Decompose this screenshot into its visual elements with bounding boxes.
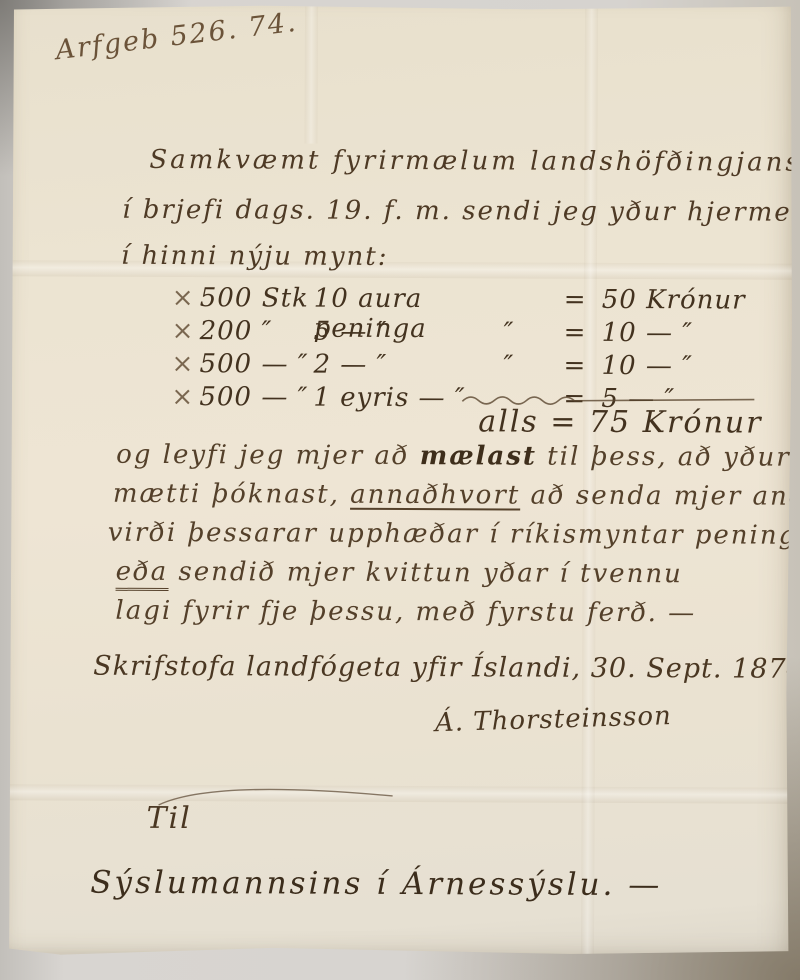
underlined-word: annaðhvort [350,480,520,511]
equals-sign: = [564,318,602,351]
body-line: virði þessarar upphæðar í ríkismyntar pe… [108,518,800,551]
recipient-line: Sýslumannsins í Árnessýslu. — [90,865,662,903]
total-value: 75 Krónur [589,405,763,441]
text-segment: lagi fyrir fje þessu, með fyrstu ferð. — [115,596,696,629]
check-mark: × [171,349,199,382]
archive-note: Arfgeb 526. 74. [54,7,299,66]
signature: Á. Thorsteinsson [435,701,673,738]
emphasized-word: mælast [420,441,537,472]
fold-crease-horizontal-bottom [7,784,791,803]
body-line: eða sendið mjer kvittun yðar í tvennu [116,557,683,589]
text-segment: til þess, að yður [537,442,791,473]
text-segment: virði þessarar upphæðar í ríkismyntar pe… [108,518,800,551]
ditto-mark: ″ [504,317,564,350]
amount-qty: 500 [199,349,261,382]
amount-denomination: 2 — ″ [313,350,503,384]
fold-crease-vertical-top [304,4,318,144]
total-line: alls = 75 Krónur [478,404,762,440]
amount-qty: 200 [200,316,262,349]
body-line: í brjefi dags. 19. f. m. sendi jeg yður … [122,195,800,228]
text-segment: sendið mjer kvittun yðar í tvennu [168,557,683,589]
text-segment: mætti þóknast, [113,479,350,510]
amount-row: × 200 ″ 5 — ″ ″ = 10 — ″ [172,316,782,352]
amount-unit: ″ [262,316,314,349]
check-mark: × [172,316,200,349]
amount-row: × 500 Stk 10 aura peninga = 50 Krónur [172,283,782,319]
dateline: Skrifstofa landfógeta yfir Íslandi, 30. … [93,651,800,685]
body-line: mætti þóknast, annaðhvort að senda mjer … [113,479,800,512]
amount-unit: — ″ [261,349,313,382]
equals-sign: = [563,351,601,384]
letter-page: Arfgeb 526. 74. Samkvæmt fyrirmælum land… [6,2,794,959]
amount-denomination: 5 — ″ [314,317,504,351]
check-mark: × [171,382,199,415]
amount-value: 10 — ″ [601,351,781,385]
underlined-word: eða [116,557,169,591]
text-segment: og leyfi jeg mjer að [116,440,420,471]
amount-value: 10 — ″ [602,318,782,352]
pen-flourish [157,785,397,810]
body-line: lagi fyrir fje þessu, með fyrstu ferð. — [115,596,696,629]
body-line: og leyfi jeg mjer að mælast til þess, að… [116,440,791,473]
amount-unit: — ″ [261,382,313,415]
amount-row: × 500 — ″ 2 — ″ ″ = 10 — ″ [171,349,781,385]
ditto-mark: ″ [503,350,563,383]
total-label: alls [478,404,539,439]
equals-sign: = [550,405,577,440]
body-line: í hinni nýju mynt: [121,241,389,272]
text-segment: að senda mjer and- [520,481,800,512]
salutation: Til [146,801,191,836]
body-line: Samkvæmt fyrirmælum landshöfðingjans [149,145,800,178]
amount-qty: 500 [199,382,261,415]
